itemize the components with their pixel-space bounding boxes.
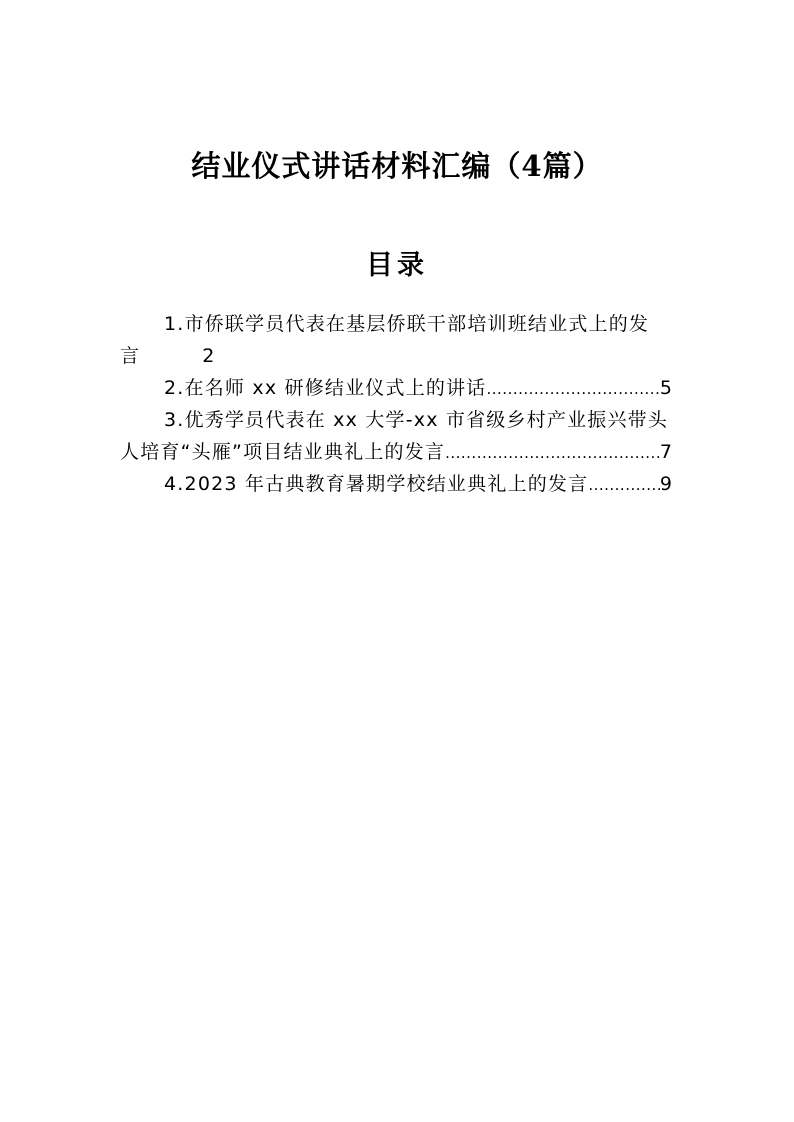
toc-entry-number: 4.: [164, 468, 185, 500]
toc-leader-dots: ........................................…: [445, 437, 660, 469]
toc-entry-page: 7: [660, 436, 672, 468]
toc-entry-title: 优秀学员代表在 xx 大学-xx 市省级乡村产业振兴带头: [185, 404, 669, 436]
toc-entry[interactable]: 3. 优秀学员代表在 xx 大学-xx 市省级乡村产业振兴带头 人培育“头雁”项…: [120, 404, 672, 468]
toc-leader-dots: ........................................…: [487, 373, 660, 405]
toc-entry-title: 市侨联学员代表在基层侨联干部培训班结业式上的发: [185, 308, 650, 340]
document-title: 结业仪式讲话材料汇编（4篇）: [0, 146, 794, 186]
toc-entry-number: 3.: [164, 404, 185, 436]
toc-entry-title-continued: 人培育“头雁”项目结业典礼上的发言: [120, 436, 445, 468]
toc-leader-dots: ........................................…: [588, 469, 660, 501]
toc-entry-page: 2: [202, 340, 214, 372]
toc-heading: 目录: [0, 248, 794, 284]
toc-entry-title: 在名师 xx 研修结业仪式上的讲话: [185, 372, 487, 404]
toc-entry-page: 5: [660, 372, 672, 404]
toc-entry[interactable]: 2. 在名师 xx 研修结业仪式上的讲话 ...................…: [120, 372, 672, 404]
toc-entry-title-continued: 言: [120, 340, 140, 372]
toc-entry-number: 1.: [164, 308, 185, 340]
table-of-contents: 1. 市侨联学员代表在基层侨联干部培训班结业式上的发 言 2 2. 在名师 xx…: [120, 308, 672, 500]
toc-entry-page: 9: [660, 468, 672, 500]
toc-entry-number: 2.: [164, 372, 185, 404]
toc-entry[interactable]: 1. 市侨联学员代表在基层侨联干部培训班结业式上的发 言 2: [120, 308, 672, 372]
toc-entry-title: 2023 年古典教育暑期学校结业典礼上的发言: [185, 468, 589, 500]
toc-entry[interactable]: 4. 2023 年古典教育暑期学校结业典礼上的发言 ..............…: [120, 468, 672, 500]
